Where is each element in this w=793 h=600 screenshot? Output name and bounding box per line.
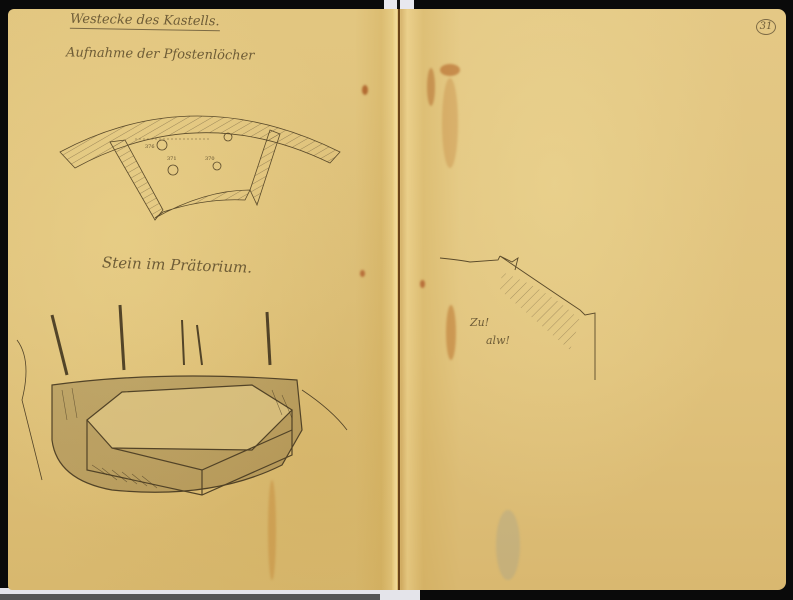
- page-fold: [392, 9, 397, 590]
- scanner-bottom-shadow: [0, 594, 380, 600]
- svg-text:371: 371: [167, 156, 177, 162]
- page-number: 31: [756, 19, 776, 35]
- water-stain: [496, 510, 520, 580]
- rust-stain: [440, 64, 460, 76]
- rust-stain: [442, 78, 458, 168]
- rust-stain: [362, 85, 368, 95]
- book-spine: [398, 9, 400, 590]
- svg-text:370: 370: [205, 156, 215, 162]
- plan-label: 376: [145, 144, 155, 150]
- fort-corner-plan-drawing: 376 371 370: [55, 90, 350, 225]
- stone-sketch-drawing: [12, 300, 352, 520]
- rust-stain: [360, 270, 365, 277]
- profile-sketch: [430, 250, 610, 390]
- page-heading: Westecke des Kastells.: [70, 12, 220, 32]
- rust-stain: [420, 280, 425, 288]
- rust-stain: [427, 68, 435, 106]
